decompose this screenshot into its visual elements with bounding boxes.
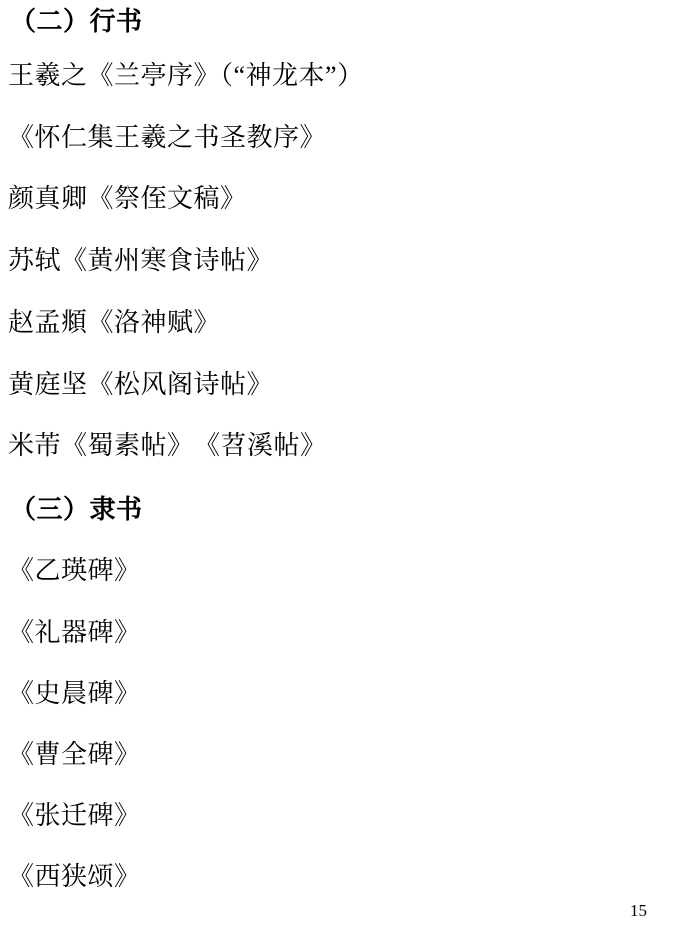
page-number: 15 bbox=[630, 901, 647, 921]
work-item-shusutie: 米芾《蜀素帖》 《苕溪帖》 bbox=[8, 430, 672, 461]
work-item-zhangqianbei: 《张迁碑》 bbox=[8, 800, 672, 831]
work-item-xixiasong: 《西狭颂》 bbox=[8, 861, 672, 892]
work-item-yiyingbei: 《乙瑛碑》 bbox=[8, 555, 672, 586]
work-item-lantingxu: 王羲之《兰亭序》（“神龙本”） bbox=[8, 60, 672, 91]
work-item-hanshishitie: 苏轼《黄州寒食诗帖》 bbox=[8, 245, 672, 276]
work-item-caoquanbei: 《曹全碑》 bbox=[8, 739, 672, 770]
work-item-luoshenfu: 赵孟頫《洛神赋》 bbox=[8, 307, 672, 338]
document-page: （二）行书 王羲之《兰亭序》（“神龙本”） 《怀仁集王羲之书圣教序》 颜真卿《祭… bbox=[0, 0, 680, 935]
work-item-jizhiwengao: 颜真卿《祭侄文稿》 bbox=[8, 183, 672, 214]
work-item-shichenbei: 《史晨碑》 bbox=[8, 678, 672, 709]
work-item-songfengge: 黄庭坚《松风阁诗帖》 bbox=[8, 369, 672, 400]
work-item-liqibei: 《礼器碑》 bbox=[8, 617, 672, 648]
work-item-shengjiaoxu: 《怀仁集王羲之书圣教序》 bbox=[8, 122, 672, 153]
section-heading-lishu: （三）隶书 bbox=[10, 494, 672, 525]
section-heading-xingshu: （二）行书 bbox=[10, 6, 672, 37]
